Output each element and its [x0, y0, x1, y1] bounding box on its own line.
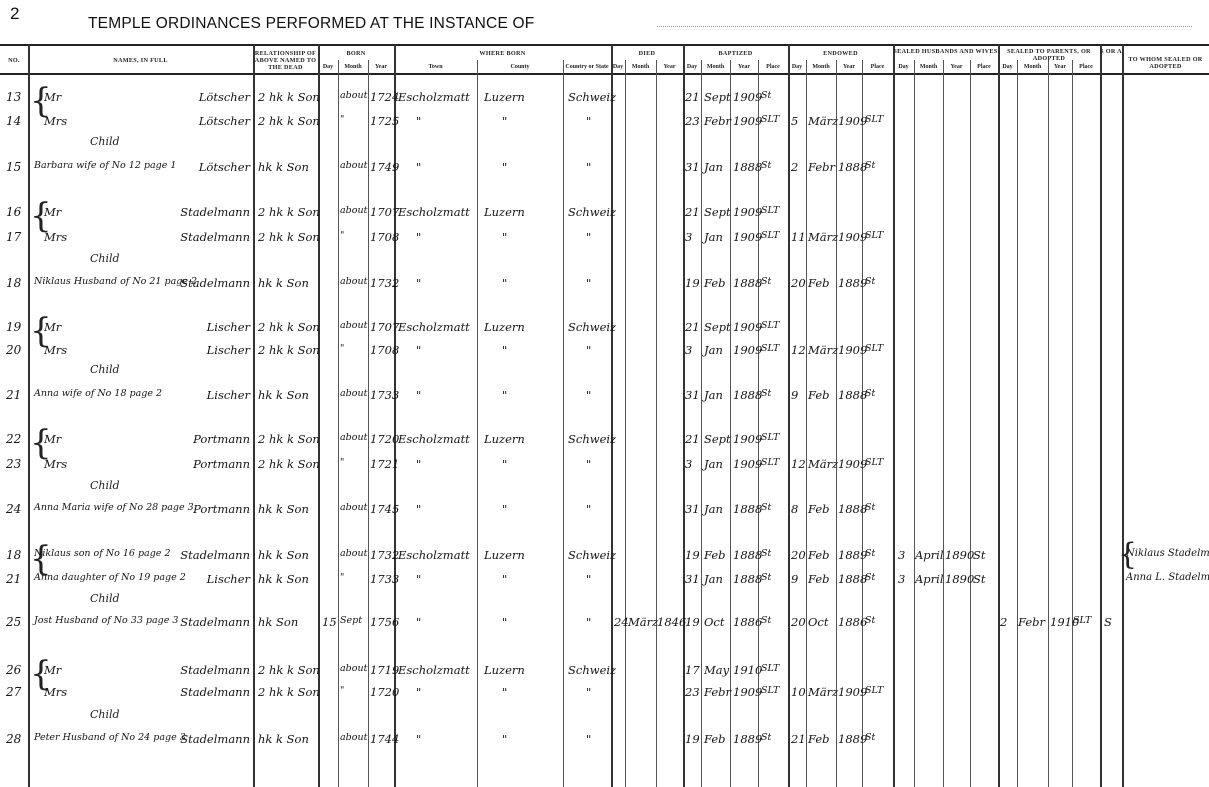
cell-bp-year: 1909 [733, 90, 762, 104]
sub-day: Day [788, 64, 806, 70]
cell-no: 14 [6, 114, 21, 128]
cell-b-year: 1745 [370, 502, 399, 516]
cell-rel: hk k Son [258, 572, 309, 586]
column-divider [701, 60, 702, 787]
cell-bp-place: SLT [761, 114, 779, 125]
cell-b-month: about [340, 388, 367, 399]
cell-en-day: 5 [791, 114, 798, 128]
cell-county: Luzern [484, 320, 525, 334]
cell-bp-day: 31 [685, 502, 700, 516]
cell-county: Luzern [484, 90, 525, 104]
cell-en-place: St [865, 615, 875, 626]
cell-bp-month: Jan [704, 388, 723, 402]
cell-given: Niklaus Husband of No 21 page 2 [34, 276, 197, 287]
cell-bp-place: SLT [761, 205, 779, 216]
cell-county: Luzern [484, 205, 525, 219]
cell-bp-place: SLT [761, 230, 779, 241]
cell-en-year: 1909 [838, 685, 867, 699]
cell-b-year: 1720 [370, 432, 399, 446]
cell-county: Luzern [484, 432, 525, 446]
cell-town: " [416, 343, 421, 357]
cell-county: " [502, 230, 507, 244]
cell-town: " [416, 457, 421, 471]
cell-en-place: SLT [865, 114, 883, 125]
cell-bp-year: 1888 [733, 276, 762, 290]
cell-rel: 2 hk k Son [258, 114, 320, 128]
cell-surname: Stadelmann [180, 276, 250, 290]
cell-country: " [586, 343, 591, 357]
cell-surname: Lischer [207, 320, 250, 334]
cell-bp-year: 1909 [733, 457, 762, 471]
cell-en-year: 1889 [838, 732, 867, 746]
cell-sp-month: Febr [1018, 615, 1045, 629]
cell-country: Schweiz [568, 432, 616, 446]
header-born: BORN [318, 50, 394, 57]
cell-town: " [416, 615, 421, 629]
column-divider [477, 60, 478, 787]
sub-month: Month [338, 64, 368, 70]
cell-bp-month: Oct [704, 615, 725, 629]
cell-country: Schweiz [568, 90, 616, 104]
cell-en-place: St [865, 388, 875, 399]
cell-rel: hk k Son [258, 502, 309, 516]
cell-en-day: 20 [791, 276, 806, 290]
cell-bp-day: 21 [685, 432, 700, 446]
cell-rel: 2 hk k Son [258, 685, 320, 699]
cell-b-year: 1707 [370, 320, 399, 334]
cell-bp-month: Feb [704, 732, 726, 746]
cell-b-month: about [340, 160, 367, 171]
cell-b-year: 1708 [370, 230, 399, 244]
cell-bp-year: 1888 [733, 388, 762, 402]
cell-d-day: 24 [614, 615, 629, 629]
cell-given: Anna wife of No 18 page 2 [34, 388, 162, 399]
cell-county: " [502, 685, 507, 699]
cell-county: " [502, 457, 507, 471]
cell-b-year: 1744 [370, 732, 399, 746]
cell-en-month: März [808, 343, 838, 357]
cell-s-year: 1890 [945, 548, 974, 562]
cell-given: Mr [44, 205, 61, 219]
cell-en-month: Feb [808, 572, 830, 586]
cell-bp-place: St [761, 615, 771, 626]
cell-given: Anna Maria wife of No 28 page 3 [34, 502, 194, 513]
cell-bp-month: Jan [704, 343, 723, 357]
cell-en-day: 12 [791, 457, 806, 471]
column-divider [253, 44, 255, 787]
cell-county: " [502, 114, 507, 128]
cell-b-year: 1733 [370, 572, 399, 586]
cell-en-month: März [808, 685, 838, 699]
column-divider [1048, 60, 1049, 787]
cell-bp-place: St [761, 276, 771, 287]
cell-surname: Lötscher [199, 90, 250, 104]
cell-en-year: 1888 [838, 388, 867, 402]
header-died: DIED [611, 50, 683, 57]
cell-country: " [586, 276, 591, 290]
cell-b-year: 1719 [370, 663, 399, 677]
cell-to-whom: Anna L. Stadelmann [1126, 572, 1209, 583]
cell-bp-month: Jan [704, 457, 723, 471]
cell-b-month: " [340, 230, 344, 241]
sub-place: Place [758, 64, 788, 70]
cell-en-day: 20 [791, 548, 806, 562]
cell-en-year: 1888 [838, 502, 867, 516]
cell-town: " [416, 276, 421, 290]
cell-bp-year: 1909 [733, 320, 762, 334]
cell-surname: Lischer [207, 388, 250, 402]
cell-b-month: about [340, 502, 367, 513]
cell-country: " [586, 615, 591, 629]
cell-given: Barbara wife of No 12 page 1 [34, 160, 176, 171]
cell-surname: Lötscher [199, 114, 250, 128]
column-divider [625, 60, 626, 787]
cell-rel: 2 hk k Son [258, 432, 320, 446]
column-divider [1072, 60, 1073, 787]
cell-en-month: März [808, 114, 838, 128]
cell-en-year: 1886 [838, 615, 867, 629]
cell-no: 21 [6, 388, 21, 402]
cell-town: " [416, 114, 421, 128]
cell-en-month: März [808, 230, 838, 244]
cell-bp-day: 19 [685, 276, 700, 290]
cell-surname: Lötscher [199, 160, 250, 174]
cell-bp-month: Jan [704, 572, 723, 586]
cell-given: Jost Husband of No 33 page 3 [34, 615, 178, 626]
cell-en-year: 1889 [838, 548, 867, 562]
column-divider [914, 60, 915, 787]
cell-en-day: 9 [791, 388, 798, 402]
cell-en-day: 10 [791, 685, 806, 699]
cell-bp-month: Jan [704, 502, 723, 516]
cell-town: " [416, 732, 421, 746]
cell-surname: Stadelmann [180, 230, 250, 244]
cell-en-day: 21 [791, 732, 806, 746]
cell-bp-day: 21 [685, 320, 700, 334]
cell-rel: 2 hk k Son [258, 320, 320, 334]
cell-bp-day: 19 [685, 615, 700, 629]
cell-en-place: St [865, 572, 875, 583]
cell-bp-month: May [704, 663, 729, 677]
cell-en-year: 1888 [838, 160, 867, 174]
sub-day: Day [318, 64, 338, 70]
page-number: 2 [10, 4, 19, 24]
cell-given: Mrs [44, 114, 67, 128]
cell-no: 28 [6, 732, 21, 746]
cell-given: Mrs [44, 343, 67, 357]
cell-country: Schweiz [568, 663, 616, 677]
cell-country: " [586, 230, 591, 244]
sub-year: Year [730, 64, 758, 70]
cell-b-year: 1724 [370, 90, 399, 104]
cell-s-day: 3 [898, 572, 905, 586]
cell-b-day: 15 [322, 615, 337, 629]
cell-b-year: 1707 [370, 205, 399, 219]
sub-month: Month [625, 64, 656, 70]
cell-town: " [416, 685, 421, 699]
cell-en-place: St [865, 732, 875, 743]
cell-county: " [502, 502, 507, 516]
cell-bp-month: Sept [704, 90, 731, 104]
cell-bp-place: SLT [761, 663, 779, 674]
cell-en-month: März [808, 457, 838, 471]
cell-en-day: 2 [791, 160, 798, 174]
cell-given: Mr [44, 90, 61, 104]
sub-year: Year [836, 64, 862, 70]
cell-s-day: 3 [898, 548, 905, 562]
cell-bp-place: St [761, 160, 771, 171]
cell-bp-day: 23 [685, 114, 700, 128]
cell-surname: Lischer [207, 572, 250, 586]
cell-surname: Stadelmann [180, 685, 250, 699]
cell-no: 19 [6, 320, 21, 334]
cell-bp-day: 17 [685, 663, 700, 677]
cell-town: Escholzmatt [398, 432, 470, 446]
cell-bp-year: 1909 [733, 432, 762, 446]
cell-bp-year: 1888 [733, 160, 762, 174]
cell-bp-place: SLT [761, 685, 779, 696]
cell-en-month: Feb [808, 388, 830, 402]
cell-bp-month: Jan [704, 160, 723, 174]
cell-bp-month: Sept [704, 432, 731, 446]
cell-given: Mrs [44, 230, 67, 244]
cell-town: " [416, 572, 421, 586]
cell-en-year: 1909 [838, 343, 867, 357]
cell-bp-place: St [761, 732, 771, 743]
cell-given: Mr [44, 432, 61, 446]
cell-rel: 2 hk k Son [258, 457, 320, 471]
header-sealed: SEALED Husbands and Wives [893, 48, 998, 55]
cell-en-place: St [865, 548, 875, 559]
sub-month: Month [914, 64, 943, 70]
header-to-whom: TO WHOM SEALED OR ADOPTED [1122, 56, 1209, 70]
cell-bp-year: 1888 [733, 502, 762, 516]
cell-country: " [586, 502, 591, 516]
cell-bp-month: Febr [704, 685, 731, 699]
cell-town: Escholzmatt [398, 90, 470, 104]
cell-no: 13 [6, 90, 21, 104]
cell-bp-day: 3 [685, 457, 692, 471]
cell-given: Anna daughter of No 19 page 2 [34, 572, 186, 583]
cell-town: Escholzmatt [398, 320, 470, 334]
cell-surname: Lischer [207, 343, 250, 357]
cell-no: 17 [6, 230, 21, 244]
cell-b-year: 1732 [370, 276, 399, 290]
column-divider [893, 44, 895, 787]
header-endowed: ENDOWED [788, 50, 893, 57]
cell-bp-place: SLT [761, 432, 779, 443]
cell-rel: 2 hk k Son [258, 205, 320, 219]
cell-given: Peter Husband of No 24 page 3 [34, 732, 186, 743]
child-label: Child [90, 708, 120, 721]
header-baptized: BAPTIZED [683, 50, 788, 57]
cell-en-month: Feb [808, 276, 830, 290]
cell-bp-month: Sept [704, 205, 731, 219]
cell-en-place: St [865, 502, 875, 513]
cell-b-month: " [340, 114, 344, 125]
child-label: Child [90, 135, 120, 148]
sub-town: Town [394, 64, 477, 70]
cell-b-month: Sept [340, 615, 362, 626]
cell-en-month: Oct [808, 615, 829, 629]
cell-bp-year: 1909 [733, 205, 762, 219]
cell-sp-place: SLT [1073, 615, 1091, 626]
cell-b-year: 1733 [370, 388, 399, 402]
cell-country: Schweiz [568, 548, 616, 562]
cell-country: Schweiz [568, 320, 616, 334]
cell-surname: Stadelmann [180, 732, 250, 746]
cell-bp-place: SLT [761, 320, 779, 331]
cell-bp-day: 19 [685, 732, 700, 746]
cell-bp-day: 23 [685, 685, 700, 699]
cell-no: 25 [6, 615, 21, 629]
cell-bp-day: 21 [685, 90, 700, 104]
cell-b-month: about [340, 432, 367, 443]
cell-s-year: 1890 [945, 572, 974, 586]
cell-sa: S [1104, 615, 1112, 629]
sub-country: Country or State [563, 64, 611, 70]
cell-b-month: about [340, 90, 367, 101]
cell-rel: hk k Son [258, 160, 309, 174]
cell-bp-year: 1886 [733, 615, 762, 629]
cell-en-year: 1909 [838, 230, 867, 244]
cell-county: " [502, 276, 507, 290]
cell-country: " [586, 160, 591, 174]
cell-bp-year: 1889 [733, 732, 762, 746]
cell-bp-month: Sept [704, 320, 731, 334]
cell-bp-year: 1888 [733, 572, 762, 586]
header-top-rule [0, 44, 1209, 46]
cell-en-place: SLT [865, 343, 883, 354]
cell-surname: Stadelmann [180, 205, 250, 219]
cell-country: " [586, 388, 591, 402]
cell-no: 18 [6, 548, 21, 562]
cell-bp-place: St [761, 90, 771, 101]
cell-rel: hk k Son [258, 388, 309, 402]
cell-b-year: 1720 [370, 685, 399, 699]
cell-en-month: Febr [808, 160, 835, 174]
header-relationship: Relationship of above named to the dead [253, 50, 318, 71]
cell-en-day: 20 [791, 615, 806, 629]
cell-country: Schweiz [568, 205, 616, 219]
cell-bp-year: 1909 [733, 114, 762, 128]
cell-bp-day: 21 [685, 205, 700, 219]
cell-bp-day: 19 [685, 548, 700, 562]
title-fill-line [657, 26, 1192, 27]
cell-no: 24 [6, 502, 21, 516]
cell-rel: hk k Son [258, 732, 309, 746]
cell-rel: hk k Son [258, 548, 309, 562]
cell-en-year: 1909 [838, 114, 867, 128]
cell-country: " [586, 457, 591, 471]
cell-town: Escholzmatt [398, 548, 470, 562]
cell-bp-place: St [761, 388, 771, 399]
cell-bp-day: 31 [685, 388, 700, 402]
sub-day: Day [998, 64, 1017, 70]
sub-place: Place [1072, 64, 1100, 70]
cell-en-place: St [865, 160, 875, 171]
cell-bp-month: Jan [704, 230, 723, 244]
header-sealed-parents: SEALED TO PARENTS, OR ADOPTED [998, 48, 1100, 62]
cell-county: " [502, 572, 507, 586]
sub-county: County [477, 64, 563, 70]
cell-en-month: Feb [808, 548, 830, 562]
column-divider [970, 60, 971, 787]
header-no: No. [0, 57, 28, 64]
cell-rel: 2 hk k Son [258, 90, 320, 104]
cell-b-month: " [340, 685, 344, 696]
cell-b-month: about [340, 663, 367, 674]
cell-b-year: 1708 [370, 343, 399, 357]
cell-county: " [502, 388, 507, 402]
cell-given: Mrs [44, 685, 67, 699]
cell-bp-year: 1888 [733, 548, 762, 562]
cell-surname: Portmann [193, 432, 250, 446]
column-divider [1017, 60, 1018, 787]
cell-country: " [586, 114, 591, 128]
cell-en-place: St [865, 276, 875, 287]
cell-town: Escholzmatt [398, 205, 470, 219]
cell-en-day: 12 [791, 343, 806, 357]
cell-en-month: Feb [808, 732, 830, 746]
sub-place: Place [970, 64, 998, 70]
cell-b-year: 1732 [370, 548, 399, 562]
cell-town: " [416, 230, 421, 244]
cell-no: 27 [6, 685, 21, 699]
cell-en-month: Feb [808, 502, 830, 516]
cell-rel: hk Son [258, 615, 298, 629]
cell-no: 23 [6, 457, 21, 471]
cell-bp-day: 31 [685, 160, 700, 174]
page-title: TEMPLE ORDINANCES PERFORMED AT THE INSTA… [88, 15, 534, 33]
sub-month: Month [806, 64, 836, 70]
header-where-born: WHERE BORN [394, 50, 611, 57]
cell-given: Niklaus son of No 16 page 2 [34, 548, 170, 559]
sub-year: Year [368, 64, 394, 70]
cell-county: " [502, 732, 507, 746]
sub-place: Place [862, 64, 893, 70]
cell-b-year: 1756 [370, 615, 399, 629]
child-label: Child [90, 363, 120, 376]
sub-month: Month [701, 64, 730, 70]
cell-en-day: 8 [791, 502, 798, 516]
cell-bp-month: Febr [704, 114, 731, 128]
cell-no: 15 [6, 160, 21, 174]
sub-day: Day [683, 64, 701, 70]
cell-given: Mr [44, 320, 61, 334]
cell-b-month: " [340, 343, 344, 354]
column-divider [1122, 44, 1124, 787]
column-divider [836, 60, 837, 787]
cell-given: Mr [44, 663, 61, 677]
cell-rel: 2 hk k Son [258, 230, 320, 244]
column-divider [806, 60, 807, 787]
cell-b-year: 1725 [370, 114, 399, 128]
cell-surname: Stadelmann [180, 615, 250, 629]
cell-rel: 2 hk k Son [258, 663, 320, 677]
sub-year: Year [1048, 64, 1072, 70]
cell-en-year: 1909 [838, 457, 867, 471]
cell-bp-place: St [761, 548, 771, 559]
cell-en-day: 9 [791, 572, 798, 586]
column-divider [338, 60, 339, 787]
cell-country: " [586, 685, 591, 699]
cell-b-month: about [340, 548, 367, 559]
cell-d-month: März [628, 615, 658, 629]
cell-surname: Portmann [193, 502, 250, 516]
cell-s-month: April [915, 548, 944, 562]
cell-surname: Portmann [193, 457, 250, 471]
